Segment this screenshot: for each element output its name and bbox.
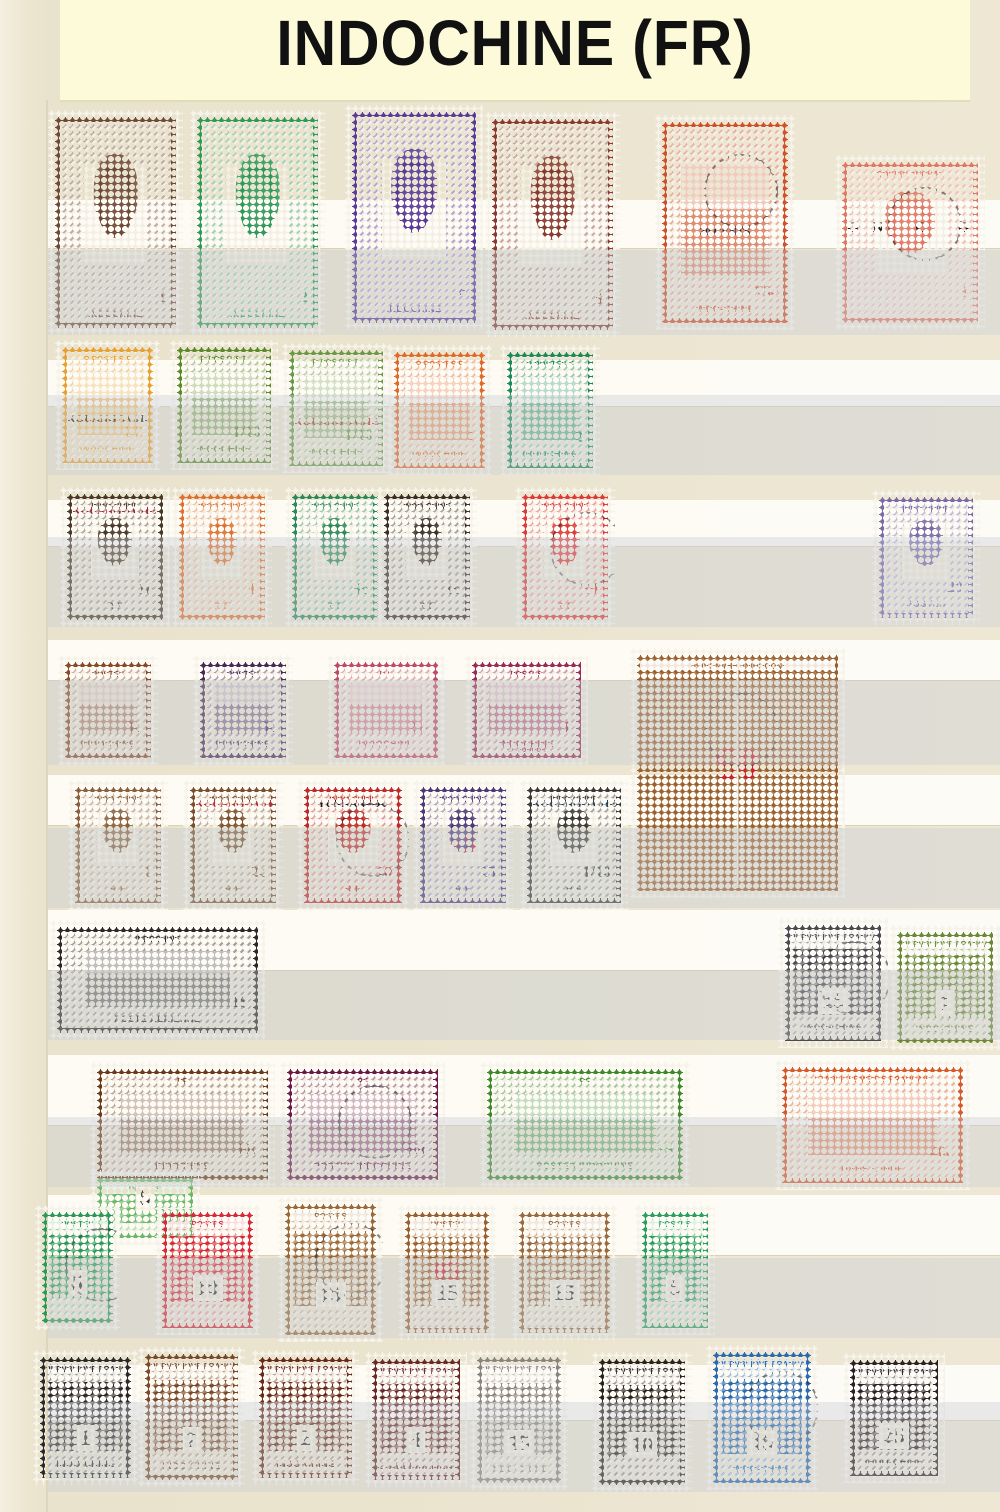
stamp-country-text: INDOCHINE <box>182 444 266 454</box>
stamp-sub-text: COLONIES POSTES <box>45 1376 126 1382</box>
stamp-country-text: R F <box>80 884 156 894</box>
stamp-frame: INDO-CHINER F1 <box>75 787 161 903</box>
stamp-denomination: 4 <box>247 581 255 599</box>
stamp[interactable]: INDOCHINE2 <box>190 110 325 335</box>
stamp-top-text: RF <box>492 1077 678 1086</box>
scene-vignette <box>514 1094 655 1153</box>
scene-vignette <box>489 684 564 734</box>
stamp-country-text: INDOCHINE <box>205 739 281 749</box>
stamp-denomination: 1 <box>936 990 955 1016</box>
stamp-denomination: 5 <box>666 1275 685 1301</box>
portrait-head <box>103 809 133 847</box>
stamp-country-text: INDO-CHINE <box>855 1457 933 1467</box>
stamp-top-text: POSTES <box>290 1212 371 1221</box>
album-page: INDOCHINE (FR) INDOCHINE1INDOCHINE2INDOC… <box>0 0 1000 1512</box>
stamp-country-text: INDO-CHINE <box>482 1464 556 1474</box>
stamp[interactable]: ÉTABLISSEMENTS FRANÇAISDANS L'INDE40c <box>775 1060 970 1190</box>
stamp-top-text: REPVBLIQVE FRANÇAISE <box>377 1367 455 1376</box>
stamp-country-text: R F <box>297 601 373 611</box>
stamp-denomination: 1c <box>445 581 460 599</box>
stamp-country-text: POSTE AERIENNE <box>62 1014 253 1024</box>
portrait-head <box>391 149 437 221</box>
stamp-top-text: INDOCHINE FRANÇAISE <box>640 661 835 670</box>
stamp-country-text: INDOCHINE <box>202 309 313 319</box>
stamp[interactable]: INDO-CHINER F1c <box>377 487 477 627</box>
stamp-country-text: R F <box>195 884 271 894</box>
stamp-country-text: R F <box>389 601 465 611</box>
stamp[interactable]: INDOCHINEPOSTE AERIENNE1$ <box>50 920 265 1040</box>
stamp[interactable]: INDO-CHINER F1 <box>68 780 168 910</box>
stamp-frame: R POSTES FINDOCHINE1/2KOUANG-TCHEOU <box>62 347 153 463</box>
stamp[interactable]: INDOCHINE5 <box>485 112 620 337</box>
stamp[interactable]: INDO-CHINER F2cKOUANG-TCHEOU <box>183 780 283 910</box>
stamp-country-text: INDO-CHINE <box>790 1022 876 1032</box>
stamp-top-text: POSTES <box>167 1220 248 1229</box>
stamp[interactable]: R POSTES FINDOCHINE2 <box>500 345 600 475</box>
stamp-top-text: INDO-CHINE <box>184 502 260 511</box>
stamp-country-text: ÉTABLISSEMENTS DE L'INDE <box>377 1461 455 1471</box>
stamp-frame: INDOCHINE4 <box>352 112 476 323</box>
stamp-frame: REPVBLIQVE FRANÇAISEÉTABLISSEMENTS DE L'… <box>372 1359 460 1480</box>
stamp-frame: R POSTES FINDOCHINE1/10 <box>177 347 271 463</box>
stamp-country-text: INDOCHINE <box>512 449 588 459</box>
stamp[interactable]: POSTESINDOCHINE5c <box>193 655 293 765</box>
stamp-frame: R POSTES FINDOCHINE1 <box>394 352 485 468</box>
stamp-country-text: R F <box>184 601 260 611</box>
stamp[interactable]: REPVBLIQVE FRANÇAISEINDO-CHINE25COLONIES… <box>843 1353 945 1483</box>
stamp-frame: R POSTES FINDOCHINE2 <box>507 352 593 468</box>
portrait-head <box>412 518 442 560</box>
portrait-head <box>557 809 591 847</box>
stamp-top-text: RF <box>102 1077 263 1086</box>
stamp[interactable]: INDOCHINE FRANÇAISE1505 <box>630 648 845 898</box>
stamp-frame: REPVBLIQVE FRANÇAISEINDO-CHINE2COLONIES … <box>145 1354 238 1480</box>
stamp[interactable]: R POSTES FINDOCHINE1 <box>387 345 492 475</box>
stamp[interactable]: POSTES15 <box>278 1197 383 1342</box>
stamp-top-text: REPVBLIQVE FRANÇAISE <box>482 1365 556 1374</box>
stamp-overprint: +5 <box>425 829 501 859</box>
stamp-denomination: 1/10 <box>583 864 611 882</box>
stamp[interactable]: INDOCHINE4 <box>345 105 483 330</box>
stamp-frame: REPVBLIQVE FRANÇAISEINDO-CHINE25COLONIES… <box>850 1360 938 1476</box>
stamp-country-text: INDO-CHINE <box>264 1459 347 1469</box>
stamp-denomination: 40c <box>930 1144 953 1162</box>
stamp-top-text: RF <box>292 1077 433 1086</box>
portrait-head <box>218 809 248 847</box>
stamp-denomination: 15 <box>504 1430 534 1456</box>
stamp-top-text: INDO-CHINE <box>884 505 968 514</box>
stamp[interactable]: R POSTES FINDOCHINE1/2KOUANG-TCHEOU <box>55 340 160 470</box>
stamp-frame: REPVBLIQVE FRANÇAISEINDO-CHINE1COLONIES … <box>897 932 993 1043</box>
stamp-overprint: KOUANG-TCHEOU <box>294 416 378 428</box>
scene-vignette <box>409 378 471 440</box>
stamp-top-text: R POSTES F <box>67 355 148 364</box>
stamp-country-text: R F <box>309 884 397 894</box>
stamp-country-text: POSTES INDOCHINE <box>492 1161 678 1171</box>
stamp-top-text: REPVBLIQVE FRANÇAISE <box>45 1365 126 1374</box>
stamp-frame: REPVBLIQVE FRANÇAISE10COLONIES POSTES <box>599 1359 685 1485</box>
stamp-country-text: INDOCHINE <box>357 304 471 314</box>
stamp-country-text: POSTES <box>884 599 968 609</box>
stamp-top-text: R F <box>339 670 433 679</box>
stamp-top-text: REPVBLIQVE FRANÇAISE <box>150 1362 233 1371</box>
stamp-frame: REPVBLIQVE FRANÇAISEINDO-CHINE2COLONIES … <box>259 1357 352 1478</box>
stamp[interactable]: INDO-CHINE75c30 CENTS <box>655 115 795 330</box>
postmark-cancel <box>704 154 778 228</box>
stamp-denomination: 15 <box>480 864 496 882</box>
stamp-top-text: R POSTES F <box>182 355 266 364</box>
stamp-country-text: INDOCHINE <box>497 311 608 321</box>
stamp-frame: POSTES5 <box>642 1212 708 1328</box>
stamp-frame: R FINDOCHINE2½ <box>334 662 438 758</box>
stamp-frame: POSTES1505 <box>405 1212 489 1333</box>
stamp-denomination: 1 <box>158 289 166 307</box>
stamp-frame: INDOCHINE2 <box>197 117 318 328</box>
scene-vignette <box>121 1094 243 1153</box>
stamp-caption: LA JONQUE <box>477 748 576 754</box>
stamp-top-text: R POSTES F <box>399 360 480 369</box>
stamp[interactable]: REPVBLIQVE FRANÇAISEÉTABLISSEMENTS DE L'… <box>365 1352 467 1487</box>
stamp[interactable]: R POSTES FINDOCHINE1/10 <box>170 340 278 470</box>
stamp[interactable]: POSTES5 <box>35 1205 120 1330</box>
stamp-frame: POSTES10 <box>162 1212 253 1328</box>
stamp-denomination: 4 <box>458 284 466 302</box>
stamp[interactable]: INDO-CHINER F5c <box>285 487 385 627</box>
stamp-frame: INDOCHINEPOSTE AERIENNE1$ <box>57 927 258 1033</box>
stamp-top-text: POSTES <box>410 1220 484 1229</box>
stamp-top-text: R POSTES F <box>512 360 588 369</box>
stamp[interactable]: RFPOSTES INDOCHINE1$ <box>480 1062 690 1187</box>
stamp-denomination: 20 <box>947 579 963 597</box>
page-title-label: INDOCHINE (FR) <box>60 0 970 100</box>
stamp-top-text: INDOCHINE <box>62 935 253 944</box>
stamp-denomination: 4 <box>407 1427 426 1453</box>
stamp-overprint: 05 <box>410 1256 484 1286</box>
scene-vignette <box>85 951 230 1007</box>
stamp-overprint: KOUANG-TCHEOU <box>72 505 158 517</box>
stamp-top-text: INDO-CHINE <box>527 502 603 511</box>
stamp-denomination: 10 <box>193 1275 223 1301</box>
scene-vignette <box>521 378 579 440</box>
stamp-frame: INDOCHINE1 <box>55 117 176 328</box>
stamp-denomination: 3 <box>960 284 968 302</box>
stamp-top-text: ÉTABLISSEMENTS FRANÇAIS <box>787 1075 958 1084</box>
stamp[interactable]: INDOCHINE1 <box>48 110 183 335</box>
stamp-denomination: 1 <box>143 864 151 882</box>
stamp-sub-text: COLONIES POSTES <box>855 1379 933 1385</box>
stamp-frame: INDOCHINE5 <box>492 119 613 330</box>
stamp[interactable]: INDO-CHINER F10 <box>515 487 615 627</box>
stamp-frame: REPVBLIQVE FRANÇAISEINDO-CHINE15COLONIES… <box>477 1357 561 1483</box>
stamp-top-text: POSTES <box>70 670 146 679</box>
stamp[interactable]: POSTESINDOCHINE3c <box>58 655 158 765</box>
stamp-sub-text: COLONIES POSTES <box>264 1376 347 1382</box>
stamp-country-text: R F <box>532 884 616 894</box>
stamp-frame: INDO-CHINER F1c <box>384 494 470 620</box>
stamp-top-text: COCHIN ANCHAL <box>847 170 973 179</box>
page-title: INDOCHINE (FR) <box>96 6 933 80</box>
stamp-denomination: 2 <box>300 289 308 307</box>
stamp-top-text: INDO-CHINE <box>297 502 373 511</box>
portrait-head <box>320 518 350 560</box>
stamp[interactable]: COCHIN ANCHAL3ON C G S <box>835 155 985 330</box>
stamp[interactable]: R FINDOCHINE2½ <box>327 655 445 765</box>
stamp[interactable]: REPVBLIQVE FRANÇAISEINDO-CHINE2COLONIES … <box>138 1347 245 1487</box>
stamp-denomination: 1/10 <box>233 424 261 442</box>
stamp[interactable]: REPVBLIQVE FRANÇAISEINDO-CHINE1COLONIES … <box>890 925 1000 1050</box>
stamp-country-text: INDO-CHINE <box>150 1461 233 1471</box>
stamp-country-text: INDOCHINE <box>70 739 146 749</box>
stamp-overprint: KOUANG-TCHEOU <box>67 413 148 425</box>
stamp-country-text: R F <box>527 601 603 611</box>
stamp-top-text: REPVBLIQVE FRANÇAISE <box>790 933 876 942</box>
stamp-top-text: REPVBLIQVE FRANÇAISE <box>718 1360 806 1369</box>
stamp-denomination: 2 <box>575 429 583 447</box>
stamp-denomination: 60c <box>405 1141 428 1159</box>
stamp-country-text: INDOCHINE <box>399 449 480 459</box>
stamp-denomination: 1/10 <box>345 427 373 445</box>
stamp-denomination: 25 <box>879 1423 909 1449</box>
stamp-top-text: INDO-CHINE <box>425 795 501 804</box>
stamp-sub-text: COLONIES POSTES <box>604 1378 680 1384</box>
scene-vignette <box>808 1093 938 1155</box>
postmark-cancel <box>888 187 962 261</box>
stamp-top-text: INDO-CHINE <box>389 502 465 511</box>
stamp-denomination: 5 <box>136 1185 155 1211</box>
stamp[interactable]: INDO-CHINEPOSTES20 <box>872 490 980 625</box>
stamp-denomination: 5 <box>595 291 603 309</box>
stamp-overprint: KOUANG-TCHEOU <box>532 798 616 810</box>
stamp-top-text: REPVBLIQVE FRANÇAISE <box>264 1365 347 1374</box>
postmark-cancel <box>745 1371 819 1445</box>
portrait-head <box>207 518 237 560</box>
stamp[interactable]: REPVBLIQVE FRANÇAISEINDO-CHINE15COLONIES… <box>706 1345 818 1490</box>
stamp[interactable]: REPVBLIQVE FRANÇAISEINDO-CHINE15COLONIES… <box>470 1350 568 1490</box>
stamp-top-text: POSTES <box>477 670 576 679</box>
stamp-country-text: INDO-CHINE <box>902 1024 988 1034</box>
stamp-country-text: POSTES INDOCHINE <box>292 1161 433 1171</box>
stamp-denomination: 5c <box>353 581 368 599</box>
stamp-frame: INDOCHINE FRANÇAISE1505 <box>637 655 838 891</box>
stamp-overprint: 30 CENTS <box>667 226 783 238</box>
stamp-frame: INDO-CHINER F5c <box>292 494 378 620</box>
stamp-country-text: INDOCHINE <box>60 309 171 319</box>
stamp-top-text: POSTES <box>647 1220 703 1229</box>
stamp-frame: INDO-CHINER F1cKOUANG-TCHEOU <box>67 494 163 620</box>
stamp[interactable]: R POSTES FINDOCHINE1/10KOUANG-TCHEOU <box>282 343 390 473</box>
stamp-country-text: INDOCHINE <box>339 739 433 749</box>
stamp-denomination: 75c <box>755 284 778 302</box>
portrait-head <box>93 154 137 226</box>
stamp[interactable]: REPVBLIQVE FRANÇAISEINDO-CHINE2COLONIES … <box>252 1350 359 1485</box>
stamp-frame: REPVBLIQVE FRANÇAISEINDO-CHINE1COLONIES … <box>40 1357 131 1478</box>
stamp[interactable]: POSTES5 <box>635 1205 715 1335</box>
stamp[interactable]: RFINDOCHINE50c <box>90 1062 275 1187</box>
stamp[interactable]: REPVBLIQVE FRANÇAISEINDO-CHINE15COLONIES… <box>778 918 888 1048</box>
portrait-head <box>530 156 574 228</box>
stamp[interactable]: POSTESINDOCHINE1LA JONQUE <box>465 655 588 765</box>
stamp-frame: RFINDOCHINE50c <box>97 1069 268 1180</box>
stamp-overprint: KOUANG-TCHEOU <box>195 798 271 810</box>
stamp-country-text: DANS L'INDE <box>787 1164 958 1174</box>
stamp-top-text: POSTES <box>205 670 281 679</box>
stamp-frame: RFPOSTES INDOCHINE1$ <box>487 1069 683 1180</box>
stamp-top-text: REPVBLIQVE FRANÇAISE <box>902 940 988 949</box>
stamp-denomination: 2c <box>251 864 266 882</box>
postmark-cancel <box>550 512 624 586</box>
stamp-sub-text: COLONIES POSTES <box>482 1376 556 1382</box>
stamp-denomination: 15 <box>646 854 668 880</box>
stamp-denomination: 1 <box>467 429 475 447</box>
stamp[interactable]: POSTES15 <box>512 1205 617 1340</box>
stamp-denomination: 1$ <box>232 994 248 1012</box>
stamp-denomination: 3c <box>126 719 141 737</box>
postmark-cancel <box>817 941 891 1015</box>
stamp-denomination: 1 <box>76 1425 95 1451</box>
stamp-frame: INDO-CHINER F2cKOUANG-TCHEOU <box>190 787 276 903</box>
stamp-top-text: REPVBLIQVE FRANÇAISE <box>604 1367 680 1376</box>
portrait-head <box>235 154 279 226</box>
stamp-frame: INDO-CHINEPOSTES20 <box>879 497 973 618</box>
stamp-top-text: REPVBLIQVE FRANÇAISE <box>855 1368 933 1377</box>
stamp-frame: INDO-CHINER F4 <box>179 494 265 620</box>
stamp[interactable]: INDO-CHINER F10YUNNANFOU <box>297 780 409 910</box>
stamp-denomination: 5c <box>261 719 276 737</box>
stamp-denomination: 2 <box>182 1427 201 1453</box>
stamp-denomination: 10 <box>627 1432 657 1458</box>
stamp-denomination: 50c <box>235 1141 258 1159</box>
stamp-denomination: 15 <box>550 1280 580 1306</box>
stamp-frame: ÉTABLISSEMENTS FRANÇAISDANS L'INDE40c <box>782 1067 963 1183</box>
stamp-top-text: R POSTES F <box>294 358 378 367</box>
stamp-denomination: 1 <box>563 719 571 737</box>
stamp-country-text: R F <box>72 601 158 611</box>
stamp-frame: R POSTES FINDOCHINE1/10KOUANG-TCHEOU <box>289 350 383 466</box>
postmark-cancel <box>338 1085 412 1159</box>
stamp-frame: INDO-CHINER F15+5 <box>420 787 506 903</box>
stamp-country-text: INDO-CHINE <box>667 304 783 314</box>
stamp-country-text: INDOCHINE <box>294 447 378 457</box>
stamp-country-text: INDOCHINE <box>67 444 148 454</box>
stamp[interactable]: INDO-CHINER F1/10KOUANG-TCHEOU <box>520 780 628 910</box>
postmark-cancel <box>705 693 779 767</box>
stamp-frame: POSTES15 <box>519 1212 610 1333</box>
stamp-frame: POSTESINDOCHINE1LA JONQUE <box>472 662 581 758</box>
stamp-sub-text: COLONIES POSTES <box>902 951 988 957</box>
stamp-denomination: 2 <box>296 1425 315 1451</box>
stamp-top-text: INDO-CHINE <box>80 795 156 804</box>
stamp[interactable]: REPVBLIQVE FRANÇAISE10COLONIES POSTES <box>592 1352 692 1492</box>
stamp-frame: POSTESINDOCHINE3c <box>65 662 151 758</box>
stamp-denomination: 1$ <box>657 1141 673 1159</box>
stamp[interactable]: POSTES1505 <box>398 1205 496 1340</box>
stamp-top-text: POSTES <box>524 1220 605 1229</box>
stamp[interactable]: REPVBLIQVE FRANÇAISEINDO-CHINE1COLONIES … <box>33 1350 138 1485</box>
stamp-country-text: R F <box>425 884 501 894</box>
stamp-country-text: INDO-CHINE <box>718 1464 806 1474</box>
stamp-frame: INDO-CHINER F1/10KOUANG-TCHEOU <box>527 787 621 903</box>
postmark-cancel <box>315 1223 389 1297</box>
stamp-sub-text: COLONIES POSTES <box>377 1378 455 1384</box>
portrait-head <box>909 520 943 560</box>
stamp-country-text: INDO-CHINE <box>45 1459 126 1469</box>
stamp[interactable]: INDO-CHINER F4 <box>172 487 272 627</box>
stamp-frame: POSTESINDOCHINE5c <box>200 662 286 758</box>
stamp[interactable]: INDO-CHINER F1cKOUANG-TCHEOU <box>60 487 170 627</box>
stamp[interactable]: INDO-CHINER F15+5 <box>413 780 513 910</box>
stamp-denomination: 2½ <box>408 719 428 737</box>
stamp-sub-text: COLONIES POSTES <box>150 1373 233 1379</box>
stamp-denomination: 1/2 <box>123 424 143 442</box>
stamp[interactable]: POSTES10 <box>155 1205 260 1335</box>
stamp-denomination: 1c <box>138 581 153 599</box>
stamp[interactable]: RFPOSTES INDOCHINE60c <box>280 1062 445 1187</box>
portrait-head <box>98 518 132 560</box>
